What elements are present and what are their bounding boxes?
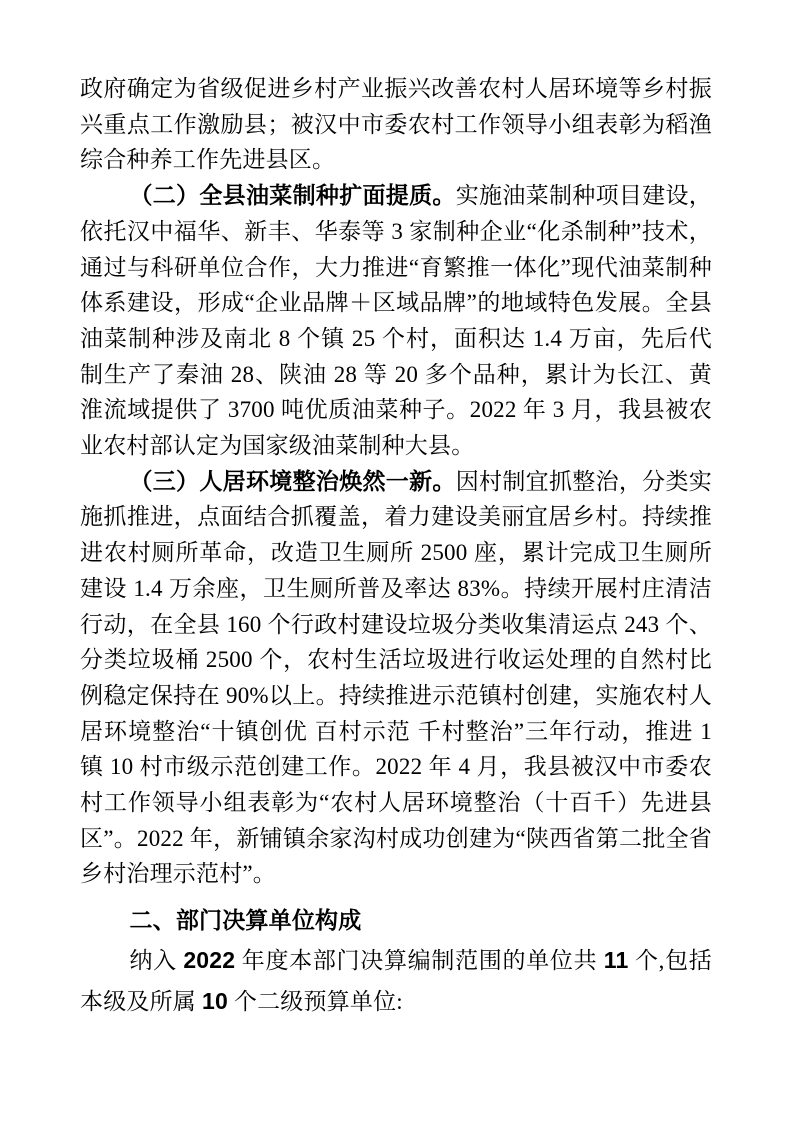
paragraph-rapeseed-seed-lead: （二）全县油菜制种扩面提质。	[129, 182, 455, 208]
unit-count-year: 2022	[183, 947, 235, 973]
paragraph-continuation: 政府确定为省级促进乡村产业振兴改善农村人居环境等乡村振兴重点工作激励县；被汉中市…	[80, 71, 712, 178]
section-heading-unit-composition: 二、部门决算单位构成	[80, 900, 712, 940]
paragraph-continuation-text: 政府确定为省级促进乡村产业振兴改善农村人居环境等乡村振兴重点工作激励县；被汉中市…	[80, 76, 712, 172]
document-body: 政府确定为省级促进乡村产业振兴改善农村人居环境等乡村振兴重点工作激励县；被汉中市…	[80, 71, 712, 1022]
paragraph-living-environment-text: 因村制宜抓整治，分类实施抓推进，点面结合抓覆盖，着力建设美丽宜居乡村。持续推进农…	[80, 469, 712, 887]
paragraph-living-environment: （三）人居环境整治焕然一新。因村制宜抓整治，分类实施抓推进，点面结合抓覆盖，着力…	[80, 464, 712, 892]
unit-count-secondary: 10	[202, 988, 228, 1014]
paragraph-living-environment-lead: （三）人居环境整治焕然一新。	[129, 468, 455, 494]
document-page: 政府确定为省级促进乡村产业振兴改善农村人居环境等乡村振兴重点工作激励县；被汉中市…	[0, 0, 793, 1122]
unit-count-seg4: 个二级预算单位:	[228, 989, 403, 1014]
unit-count-seg2: 年度本部门决算编制范围的单位共	[235, 948, 603, 973]
paragraph-rapeseed-seed-text: 实施油菜制种项目建设，依托汉中福华、新丰、华泰等 3 家制种企业“化杀制种”技术…	[80, 183, 712, 458]
paragraph-unit-count: 纳入 2022 年度本部门决算编制范围的单位共 11 个,包括本级及所属 10 …	[80, 940, 712, 1022]
unit-count-seg1: 纳入	[129, 948, 183, 973]
unit-count-total: 11	[604, 947, 629, 973]
paragraph-rapeseed-seed: （二）全县油菜制种扩面提质。实施油菜制种项目建设，依托汉中福华、新丰、华泰等 3…	[80, 178, 712, 464]
